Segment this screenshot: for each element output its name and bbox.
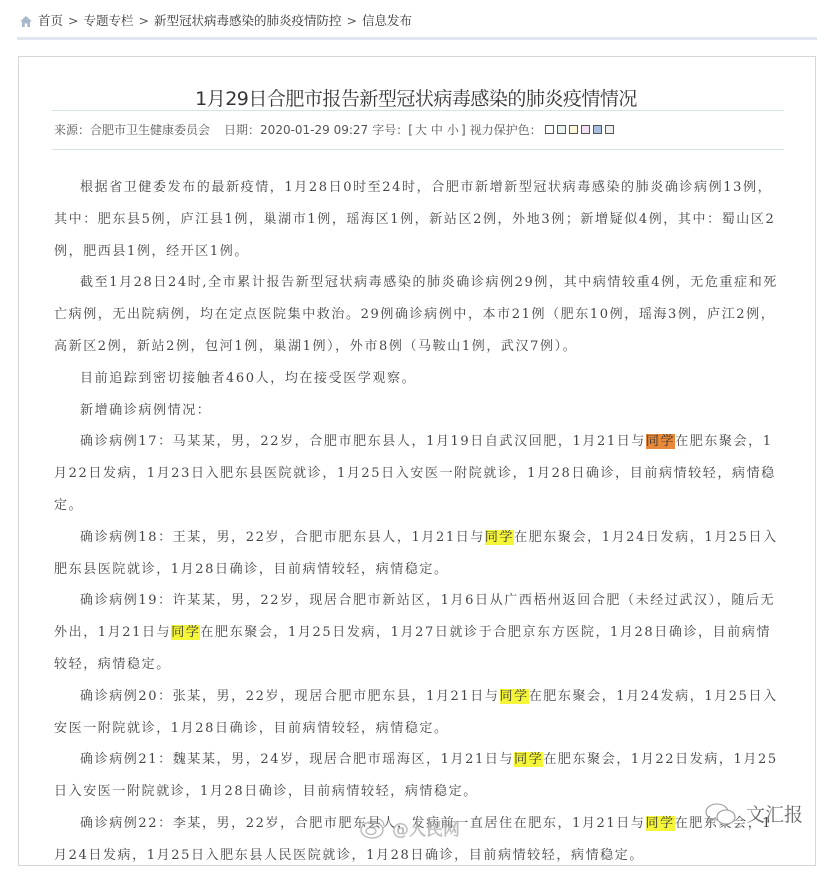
source-label: 来源： (54, 121, 90, 138)
highlight-classmate: 同学 (485, 530, 514, 545)
people-daily-watermark-text: @人民网 (392, 815, 460, 840)
font-size-label: 字号： (372, 121, 408, 138)
date-value: 2020-01-29 09:27 (260, 123, 368, 137)
font-size-medium-button[interactable]: 中 (431, 121, 443, 138)
weibo-logo-icon (360, 817, 386, 839)
home-icon[interactable] (20, 15, 32, 26)
paragraph-case-19: 确诊病例19：许某某，男，22岁，现居合肥市新站区，1月6日从广西梧州返回合肥（… (54, 585, 782, 680)
paragraph-summary: 根据省卫健委发布的最新疫情，1月28日0时至24时，合肥市新增新型冠状病毒感染的… (54, 172, 782, 267)
highlight-classmate: 同学 (171, 625, 200, 640)
font-size-bracket-open: [ (408, 123, 413, 137)
eye-care-swatch-blue[interactable] (593, 125, 602, 134)
paragraph-case-20: 确诊病例20：张某，男，22岁，现居合肥市肥东县，1月21日与同学在肥东聚会，1… (54, 681, 782, 745)
breadcrumb-home[interactable]: 首页 (38, 11, 63, 29)
font-size-small-button[interactable]: 小 (447, 121, 459, 138)
font-size-large-button[interactable]: 大 (415, 121, 427, 138)
breadcrumb-separator: > (139, 13, 149, 28)
highlight-classmate: 同学 (500, 689, 529, 704)
breadcrumb: 首页 > 专题专栏 > 新型冠状病毒感染的肺炎疫情防控 > 信息发布 (20, 11, 412, 29)
title-divider (52, 110, 784, 111)
source-value: 合肥市卫生健康委员会 (90, 121, 210, 138)
wechat-logo-icon (704, 802, 738, 826)
paragraph-case-18: 确诊病例18：王某，男，22岁，合肥市肥东县人，1月21日与同学在肥东聚会，1月… (54, 522, 782, 586)
breadcrumb-special-topics[interactable]: 专题专栏 (84, 11, 134, 29)
eye-care-swatch-white[interactable] (545, 125, 554, 134)
font-size-bracket-close: ] (461, 123, 466, 137)
breadcrumb-epidemic-control[interactable]: 新型冠状病毒感染的肺炎疫情防控 (154, 11, 342, 29)
breadcrumb-info-release[interactable]: 信息发布 (362, 11, 412, 29)
paragraph-cumulative: 截至1月28日24时,全市累计报告新型冠状病毒感染的肺炎确诊病例29例，其中病情… (54, 267, 782, 362)
paragraph-case-17: 确诊病例17：马某某，男，22岁，合肥市肥东县人，1月19日自武汉回肥，1月21… (54, 426, 782, 521)
eye-care-swatch-mint[interactable] (557, 125, 566, 134)
eye-care-swatch-gray[interactable] (605, 125, 614, 134)
breadcrumb-divider (17, 37, 817, 40)
eye-care-swatch-lavender[interactable] (581, 125, 590, 134)
eye-care-label: 视力保护色： (470, 121, 542, 138)
wenhui-watermark: 文汇报 (704, 800, 803, 827)
breadcrumb-separator: > (347, 13, 357, 28)
breadcrumb-separator: > (68, 13, 78, 28)
highlight-classmate: 同学 (514, 752, 543, 767)
people-daily-watermark: @人民网 (360, 815, 460, 840)
paragraph-new-cases-heading: 新增确诊病例情况： (54, 395, 782, 427)
meta-divider (52, 149, 784, 150)
article-title: 1月29日合肥市报告新型冠状病毒感染的肺炎疫情情况 (0, 84, 832, 111)
article-meta: 来源： 合肥市卫生健康委员会 日期： 2020-01-29 09:27 字号： … (54, 121, 614, 138)
date-label: 日期： (224, 121, 260, 138)
eye-care-swatch-cream[interactable] (569, 125, 578, 134)
highlight-classmate: 同学 (646, 434, 675, 449)
paragraph-close-contacts: 目前追踪到密切接触者460人，均在接受医学观察。 (54, 363, 782, 395)
highlight-classmate: 同学 (646, 816, 675, 831)
article-body: 根据省卫健委发布的最新疫情，1月28日0时至24时，合肥市新增新型冠状病毒感染的… (54, 172, 782, 849)
wenhui-watermark-text: 文汇报 (746, 800, 803, 827)
paragraph-case-21: 确诊病例21：魏某某，男，24岁，现居合肥市瑶海区，1月21日与同学在肥东聚会，… (54, 744, 782, 808)
